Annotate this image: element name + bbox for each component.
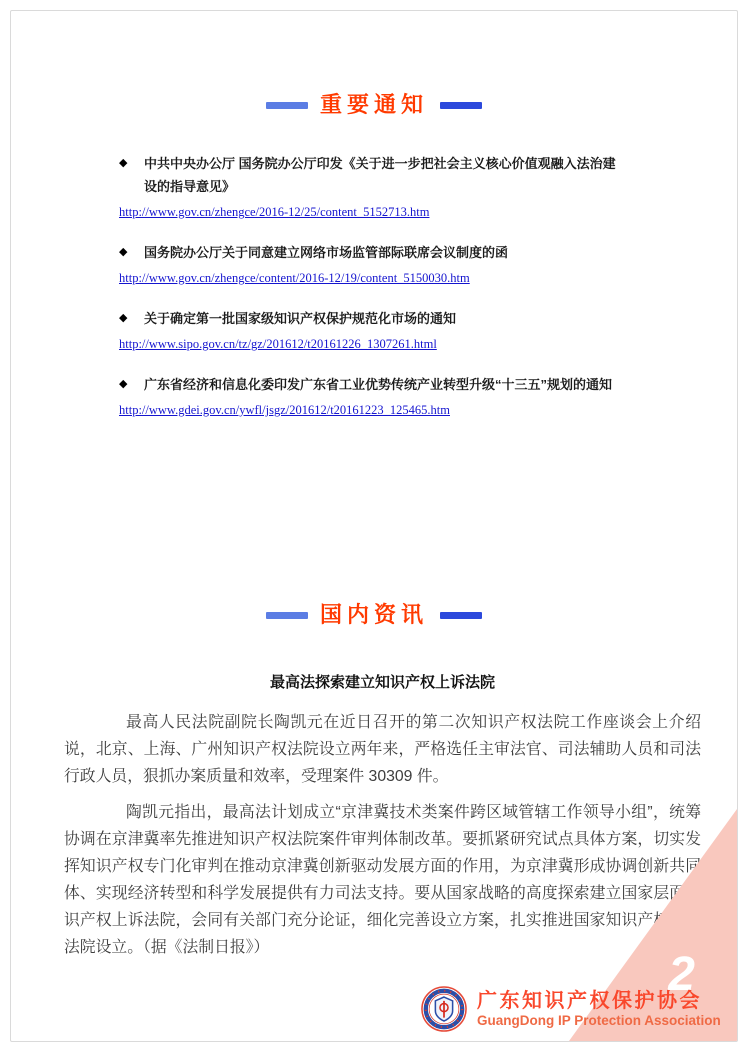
header-dash-left: [266, 612, 308, 619]
diamond-bullet-icon: ◆: [119, 307, 144, 330]
section-title-important-notice: 重要通知: [320, 91, 428, 119]
header-dash-right: [440, 102, 482, 109]
article-paragraph: 最高人民法院副院长陶凯元在近日召开的第二次知识产权法院工作座谈会上介绍说，北京、…: [64, 709, 701, 790]
news-article: 最高法探索建立知识产权上诉法院 最高人民法院副院长陶凯元在近日召开的第二次知识产…: [64, 671, 701, 970]
notice-title: 中共中央办公厅 国务院办公厅印发《关于进一步把社会主义核心价值观融入法治建设的指…: [144, 152, 621, 198]
org-name-block: 广东知识产权保护协会 GuangDong IP Protection Assoc…: [477, 990, 721, 1029]
section-header-domestic-news: 国内资讯: [11, 601, 737, 629]
diamond-bullet-icon: ◆: [119, 241, 144, 264]
notice-link[interactable]: http://www.gdei.gov.cn/ywfl/jsgz/201612/…: [119, 403, 621, 418]
list-item: ◆ 中共中央办公厅 国务院办公厅印发《关于进一步把社会主义核心价值观融入法治建设…: [119, 152, 621, 220]
notice-link[interactable]: http://www.gov.cn/zhengce/content/2016-1…: [119, 271, 621, 286]
notice-link[interactable]: http://www.sipo.gov.cn/tz/gz/201612/t201…: [119, 337, 621, 352]
footer: 广东知识产权保护协会 GuangDong IP Protection Assoc…: [421, 986, 721, 1032]
article-paragraph: 陶凯元指出，最高法计划成立“京津冀技术类案件跨区域管辖工作领导小组”，统筹协调在…: [64, 799, 701, 961]
notice-title: 国务院办公厅关于同意建立网络市场监管部际联席会议制度的函: [144, 241, 508, 264]
header-dash-right: [440, 612, 482, 619]
diamond-bullet-icon: ◆: [119, 152, 144, 198]
list-item: ◆ 国务院办公厅关于同意建立网络市场监管部际联席会议制度的函 http://ww…: [119, 241, 621, 286]
association-badge-icon: [421, 986, 467, 1032]
org-name-chinese: 广东知识产权保护协会: [477, 990, 721, 1012]
header-dash-left: [266, 102, 308, 109]
notice-title: 关于确定第一批国家级知识产权保护规范化市场的通知: [144, 307, 456, 330]
diamond-bullet-icon: ◆: [119, 373, 144, 396]
notice-list: ◆ 中共中央办公厅 国务院办公厅印发《关于进一步把社会主义核心价值观融入法治建设…: [119, 152, 621, 439]
list-item: ◆ 关于确定第一批国家级知识产权保护规范化市场的通知 http://www.si…: [119, 307, 621, 352]
list-item: ◆ 广东省经济和信息化委印发广东省工业优势传统产业转型升级“十三五”规划的通知 …: [119, 373, 621, 418]
article-title: 最高法探索建立知识产权上诉法院: [64, 671, 701, 692]
section-header-important-notice: 重要通知: [11, 91, 737, 119]
section-title-domestic-news: 国内资讯: [320, 601, 428, 629]
document-page: 重要通知 ◆ 中共中央办公厅 国务院办公厅印发《关于进一步把社会主义核心价值观融…: [10, 10, 738, 1042]
notice-link[interactable]: http://www.gov.cn/zhengce/2016-12/25/con…: [119, 205, 621, 220]
org-name-english: GuangDong IP Protection Association: [477, 1013, 721, 1029]
notice-title: 广东省经济和信息化委印发广东省工业优势传统产业转型升级“十三五”规划的通知: [144, 373, 612, 396]
